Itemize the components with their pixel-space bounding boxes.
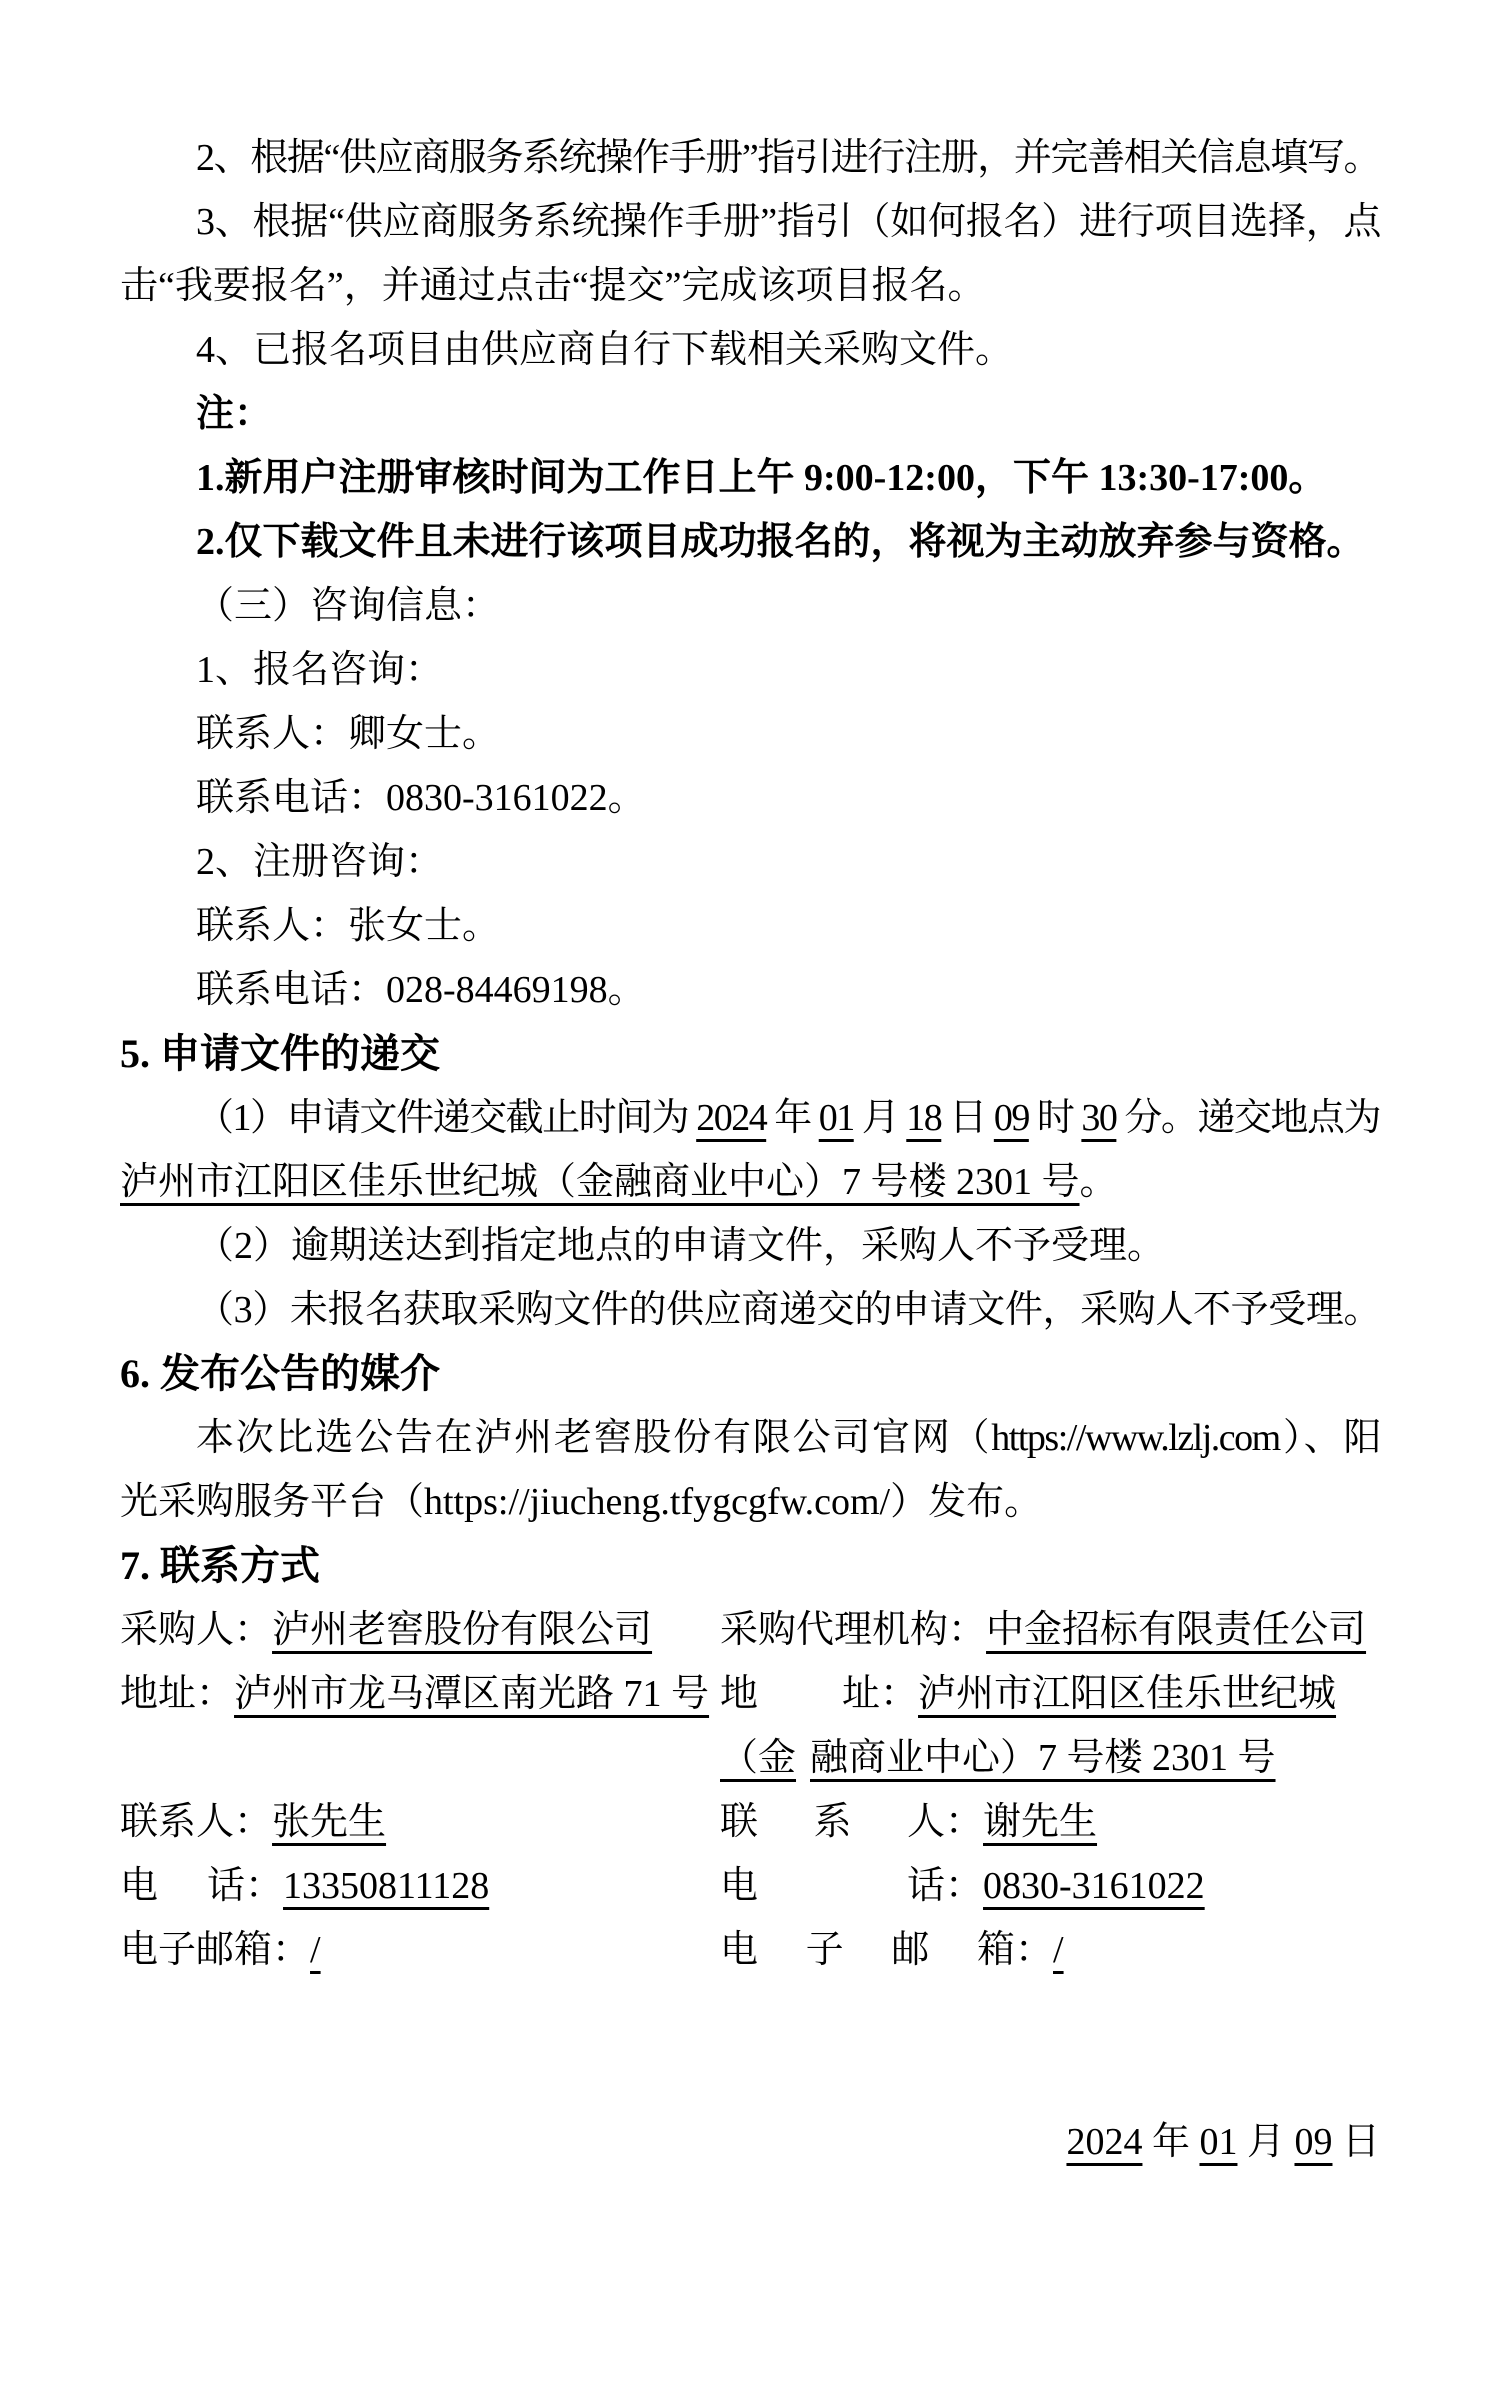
contact-field-purchaser-phone: 电话：13350811128 <box>120 1854 720 1918</box>
contact-field-agency-phone: 电话：0830-3161022 <box>720 1854 1380 1918</box>
label-colon: ： <box>196 1673 234 1715</box>
field-label: 电话 <box>720 1854 945 1918</box>
text-run: 年 <box>1142 2121 1199 2163</box>
label-colon: ： <box>945 1801 983 1843</box>
label-colon: ： <box>880 1673 918 1715</box>
contact-cell-agency: 地址：泸州市江阳区佳乐世纪城（金融商业中心）7 号楼 2301 号 <box>720 1662 1380 1790</box>
underlined-value: 泸州市龙马潭区南光路 71 号 <box>234 1673 709 1715</box>
document-page: 2、根据“供应商服务系统操作手册”指引进行注册，并完善相关信息填写。3、根据“供… <box>0 0 1500 2394</box>
contact-cell-agency: 电话：0830-3161022 <box>720 1854 1380 1918</box>
submission-rule-3: （3）未报名获取采购文件的供应商递交的申请文件，采购人不予受理。 <box>120 1278 1380 1342</box>
contact-cell-agency: 联系人：谢先生 <box>720 1790 1380 1854</box>
text-run: 日 <box>941 1097 994 1139</box>
text-run: 4、已报名项目由供应商自行下载相关采购文件。 <box>196 329 1013 371</box>
text-run: 1、报名咨询： <box>196 649 443 691</box>
field-label: 采购人 <box>120 1609 234 1651</box>
para-step2-register: 2、根据“供应商服务系统操作手册”指引进行注册，并完善相关信息填写。 <box>120 126 1380 190</box>
field-label: 电子邮箱 <box>120 1929 272 1971</box>
contact-field-purchaser: 采购人：泸州老窖股份有限公司 <box>120 1598 720 1662</box>
issue-date: 2024 年 01 月 09 日 <box>120 2110 1380 2174</box>
para-step4-download: 4、已报名项目由供应商自行下载相关采购文件。 <box>120 318 1380 382</box>
text-run: 光采购服务平台（https://jiucheng.tfygcgfw.com/）发… <box>120 1481 1042 1523</box>
underlined-value: 泸州市江阳区佳乐世纪城（金融商业中心）7 号楼 2301 号 <box>120 1161 1080 1203</box>
label-colon: ： <box>945 1865 983 1907</box>
submission-deadline-line1: （1）申请文件递交截止时间为 2024 年 01 月 18 日 09 时 30 … <box>120 1086 1380 1150</box>
contact-cell-agency: 采购代理机构：中金招标有限责任公司 <box>720 1598 1380 1662</box>
note-label: 注： <box>120 382 1380 446</box>
media-line1: 本次比选公告在泸州老窖股份有限公司官网（https://www.lzlj.com… <box>120 1406 1380 1470</box>
contact-row: 电子邮箱：/电子邮箱：/ <box>120 1918 1380 1982</box>
heading-5-submission: 5. 申请文件的递交 <box>120 1022 1380 1086</box>
label-colon: ： <box>948 1609 986 1651</box>
field-label: 地址 <box>720 1662 880 1726</box>
underlined-value: 18 <box>906 1097 941 1139</box>
heading-6-media: 6. 发布公告的媒介 <box>120 1342 1380 1406</box>
heading-7-contact: 7. 联系方式 <box>120 1534 1380 1598</box>
underlined-value: 谢先生 <box>983 1801 1097 1843</box>
text-run: 2、根据“供应商服务系统操作手册”指引进行注册，并完善相关信息填写。 <box>196 137 1380 179</box>
contact-field-agency: 采购代理机构：中金招标有限责任公司 <box>720 1598 1380 1662</box>
contact-row: 电话：13350811128电话：0830-3161022 <box>120 1854 1380 1918</box>
text-run: 7. 联系方式 <box>120 1543 320 1588</box>
consult-register-title: 2、注册咨询： <box>120 830 1380 894</box>
consult-signup-title: 1、报名咨询： <box>120 638 1380 702</box>
label-colon: ： <box>245 1865 283 1907</box>
text-run: 5. 申请文件的递交 <box>120 1031 440 1076</box>
contact-field-purchaser-email: 电子邮箱：/ <box>120 1918 720 1982</box>
submission-deadline-line2: 泸州市江阳区佳乐世纪城（金融商业中心）7 号楼 2301 号。 <box>120 1150 1380 1214</box>
text-run: （1）申请文件递交截止时间为 <box>196 1097 696 1139</box>
underlined-value: 09 <box>1294 2121 1332 2163</box>
text-run: 联系电话：0830-3161022。 <box>196 777 646 819</box>
contact-field-agency-address-wrap: 融商业中心）7 号楼 2301 号 <box>810 1726 1380 1790</box>
contact-cell-purchaser: 联系人：张先生 <box>120 1790 720 1854</box>
text-run: 联系人：卿女士。 <box>196 713 500 755</box>
text-run: 分。递交地点为 <box>1116 1097 1380 1139</box>
label-colon: ： <box>234 1609 272 1651</box>
contact-field-agency-contact: 联系人：谢先生 <box>720 1790 1380 1854</box>
underlined-value: 2024 <box>1066 2121 1142 2163</box>
contact-field-purchaser-address: 地址：泸州市龙马潭区南光路 71 号 <box>120 1662 720 1726</box>
text-run: 年 <box>766 1097 819 1139</box>
document-body: 2、根据“供应商服务系统操作手册”指引进行注册，并完善相关信息填写。3、根据“供… <box>120 0 1380 2174</box>
underlined-value: 01 <box>1199 2121 1237 2163</box>
underlined-value: 2024 <box>696 1097 766 1139</box>
field-label: 采购代理机构 <box>720 1609 948 1651</box>
contact-table: 采购人：泸州老窖股份有限公司采购代理机构：中金招标有限责任公司地址：泸州市龙马潭… <box>120 1598 1380 1982</box>
blank-space <box>120 1982 1380 2110</box>
contact-field-purchaser-contact: 联系人：张先生 <box>120 1790 720 1854</box>
underlined-value: 13350811128 <box>283 1865 489 1907</box>
submission-rule-2: （2）逾期送达到指定地点的申请文件，采购人不予受理。 <box>120 1214 1380 1278</box>
field-label: 地址 <box>120 1673 196 1715</box>
text-run: 本次比选公告在泸州老窖股份有限公司官网（https://www.lzlj.com… <box>196 1417 1380 1459</box>
field-label: 联系人 <box>120 1801 234 1843</box>
contact-row: 采购人：泸州老窖股份有限公司采购代理机构：中金招标有限责任公司 <box>120 1598 1380 1662</box>
para-step3-line1: 3、根据“供应商服务系统操作手册”指引（如何报名）进行项目选择，点 <box>120 190 1380 254</box>
text-run: 日 <box>1332 2121 1380 2163</box>
consult-signup-person: 联系人：卿女士。 <box>120 702 1380 766</box>
field-label: 联系人 <box>720 1790 945 1854</box>
field-label: 电子邮箱 <box>720 1918 1015 1982</box>
contact-cell-purchaser: 电话：13350811128 <box>120 1854 720 1918</box>
underlined-value: / <box>310 1929 321 1971</box>
note-2-forfeit: 2.仅下载文件且未进行该项目成功报名的，将视为主动放弃参与资格。 <box>120 510 1380 574</box>
text-run: 月 <box>854 1097 907 1139</box>
contact-row: 地址：泸州市龙马潭区南光路 71 号地址：泸州市江阳区佳乐世纪城（金融商业中心）… <box>120 1662 1380 1790</box>
contact-row: 联系人：张先生联系人：谢先生 <box>120 1790 1380 1854</box>
note-1-review-time: 1.新用户注册审核时间为工作日上午 9:00-12:00，下午 13:30-17… <box>120 446 1380 510</box>
text-run: （3）未报名获取采购文件的供应商递交的申请文件，采购人不予受理。 <box>196 1289 1380 1331</box>
consult-signup-phone: 联系电话：0830-3161022。 <box>120 766 1380 830</box>
para-step3-line2: 击“我要报名”，并通过点击“提交”完成该项目报名。 <box>120 254 1380 318</box>
underlined-value: 张先生 <box>272 1801 386 1843</box>
text-run: 2.仅下载文件且未进行该项目成功报名的，将视为主动放弃参与资格。 <box>196 521 1365 563</box>
text-run: 联系人：张女士。 <box>196 905 500 947</box>
text-run: 联系电话：028-84469198。 <box>196 969 646 1011</box>
underlined-value: 0830-3161022 <box>983 1865 1205 1907</box>
contact-cell-purchaser: 电子邮箱：/ <box>120 1918 720 1982</box>
text-run: （2）逾期送达到指定地点的申请文件，采购人不予受理。 <box>196 1225 1165 1267</box>
text-run: 。 <box>1080 1161 1118 1203</box>
underlined-value: 01 <box>819 1097 854 1139</box>
contact-cell-purchaser: 采购人：泸州老窖股份有限公司 <box>120 1598 720 1662</box>
label-colon: ： <box>234 1801 272 1843</box>
consult-register-person: 联系人：张女士。 <box>120 894 1380 958</box>
underlined-value: / <box>1053 1929 1064 1971</box>
label-colon: ： <box>272 1929 310 1971</box>
text-run: 击“我要报名”，并通过点击“提交”完成该项目报名。 <box>120 265 985 307</box>
underlined-value: 中金招标有限责任公司 <box>986 1609 1366 1651</box>
underlined-value: 融商业中心）7 号楼 2301 号 <box>810 1737 1276 1779</box>
text-run: 注： <box>196 393 272 435</box>
subsection-3-consult-info: （三）咨询信息： <box>120 574 1380 638</box>
contact-cell-agency: 电子邮箱：/ <box>720 1918 1380 1982</box>
contact-field-agency-address: 地址：泸州市江阳区佳乐世纪城（金 <box>720 1662 1380 1726</box>
label-colon: ： <box>1015 1929 1053 1971</box>
consult-register-phone: 联系电话：028-84469198。 <box>120 958 1380 1022</box>
text-run: 月 <box>1237 2121 1294 2163</box>
underlined-value: 30 <box>1081 1097 1116 1139</box>
text-run: 1.新用户注册审核时间为工作日上午 9:00-12:00，下午 13:30-17… <box>196 457 1326 499</box>
text-run: 3、根据“供应商服务系统操作手册”指引（如何报名）进行项目选择，点 <box>196 201 1380 243</box>
field-label: 电话 <box>120 1854 245 1918</box>
underlined-value: 泸州老窖股份有限公司 <box>272 1609 652 1651</box>
text-run: 时 <box>1029 1097 1082 1139</box>
underlined-value: 09 <box>994 1097 1029 1139</box>
text-run: 2、注册咨询： <box>196 841 443 883</box>
text-run: 6. 发布公告的媒介 <box>120 1351 440 1396</box>
contact-field-agency-email: 电子邮箱：/ <box>720 1918 1380 1982</box>
text-run: （三）咨询信息： <box>196 585 500 627</box>
contact-cell-purchaser: 地址：泸州市龙马潭区南光路 71 号 <box>120 1662 720 1790</box>
media-line2: 光采购服务平台（https://jiucheng.tfygcgfw.com/）发… <box>120 1470 1380 1534</box>
